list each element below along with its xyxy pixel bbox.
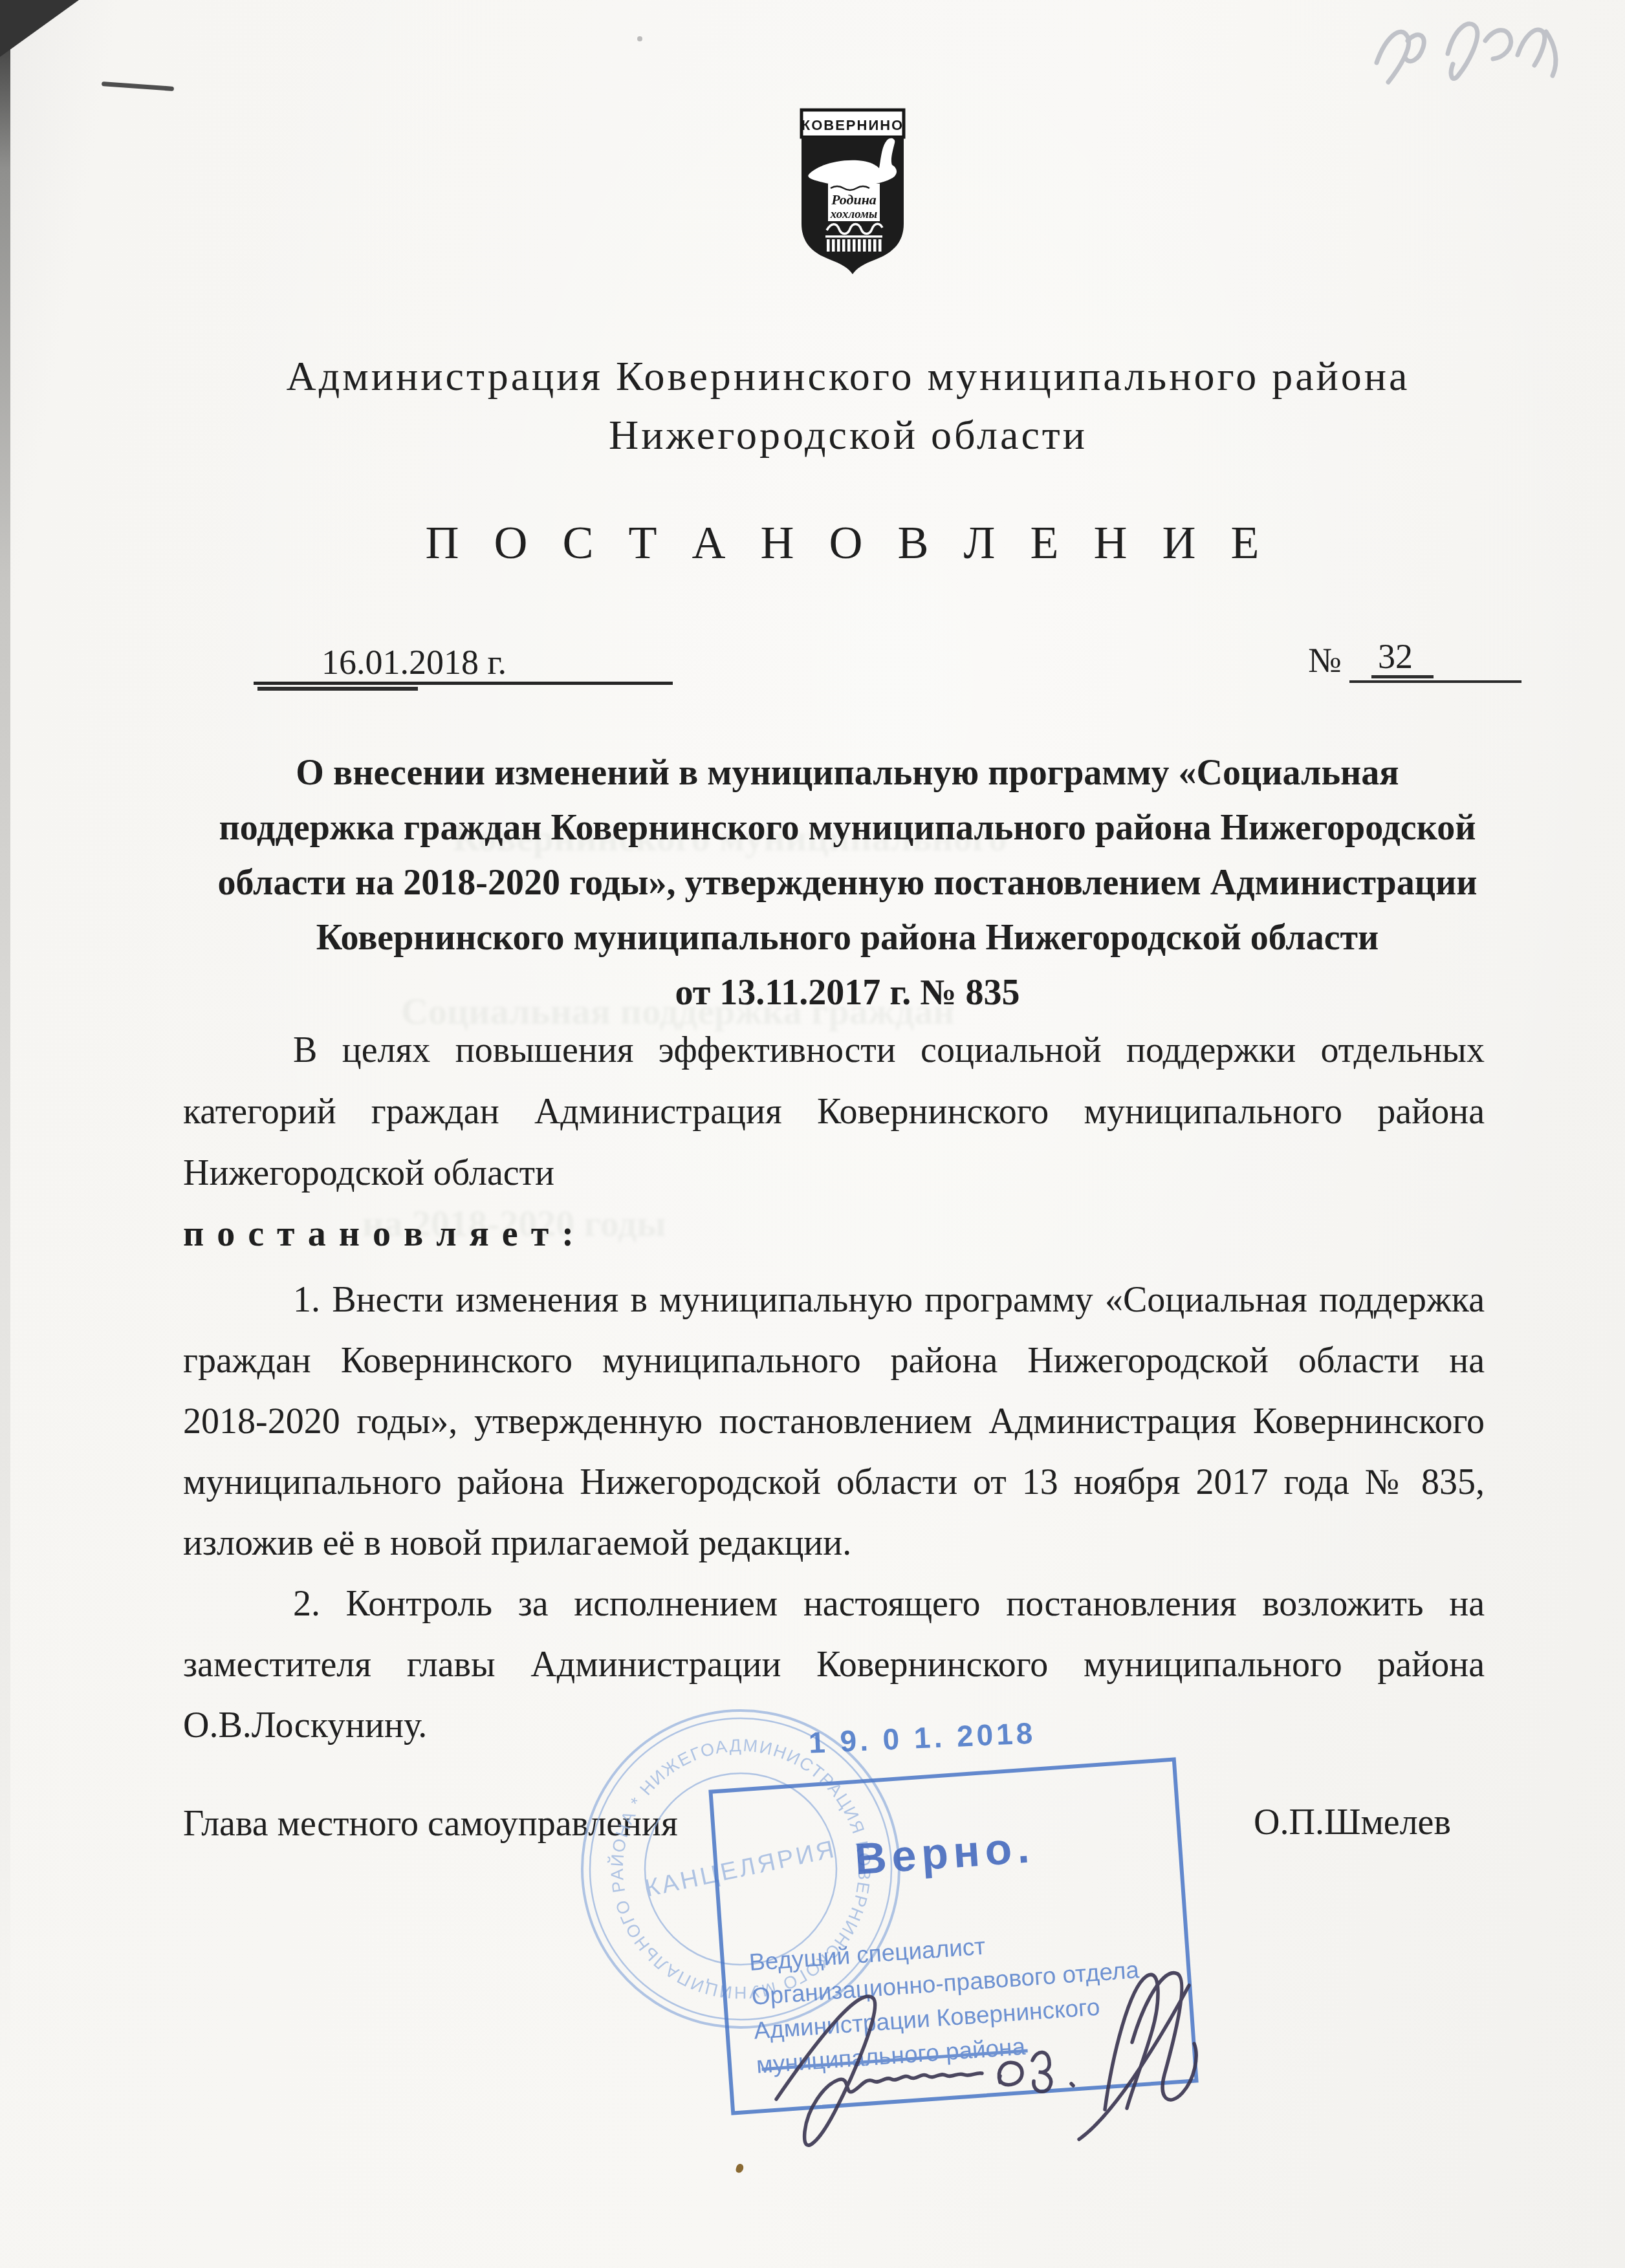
title-line: Ковернинского муниципального района Ниже… (162, 917, 1533, 958)
paragraph1-line: изложив её в новой прилагаемой редакции. (183, 1522, 1485, 1564)
paragraph2-line: заместителя главы Администрации Ковернин… (183, 1644, 1485, 1685)
intro-line: Нижегородской области (183, 1152, 1485, 1194)
koviernino-coat-of-arms: КОВЕРНИНО Родина хохломы (794, 102, 911, 282)
emblem-motto-line1: Родина (831, 191, 877, 208)
title-line: области на 2018-2020 годы», утвержденную… (162, 862, 1533, 903)
paragraph1-line: муниципального района Нижегородской обла… (183, 1462, 1485, 1503)
scan-corner-shadow (0, 0, 79, 57)
pen-dash-mark (102, 81, 174, 91)
org-name-line1: Администрация Ковернинского муниципально… (71, 352, 1625, 400)
date-underline-second (257, 687, 418, 691)
number-underline-second (1371, 675, 1434, 678)
title-line: О внесении изменений в муниципальную про… (162, 752, 1533, 794)
stamp-verno-text: Верно. (853, 1822, 1036, 1885)
date-underline (254, 682, 673, 685)
paragraph1-line: 1. Внести изменения в муниципальную прог… (183, 1279, 1485, 1321)
intro-line: категорий граждан Администрация Ковернин… (183, 1091, 1485, 1132)
resolves-word: п о с т а н о в л я е т : (183, 1213, 574, 1255)
scan-edge-strip (0, 0, 10, 2134)
paragraph1-line: граждан Ковернинского муниципального рай… (183, 1340, 1485, 1381)
title-line: от 13.11.2017 г. № 835 (162, 972, 1533, 1013)
paragraph2-line: 2. Контроль за исполнением настоящего по… (183, 1583, 1485, 1625)
paragraph1-line: 2018-2020 годы», утвержденную постановле… (183, 1401, 1485, 1442)
emblem-town-name: КОВЕРНИНО (802, 117, 904, 133)
signatory-name: О.П.Шмелев (1254, 1802, 1451, 1843)
document-date: 16.01.2018 г. (322, 642, 507, 682)
intro-line: В целях повышения эффективности социальн… (183, 1030, 1485, 1071)
number-sign: № (1308, 640, 1342, 680)
scanned-document-page: Ковернинского муниципального Социальная … (0, 0, 1625, 2268)
title-line: поддержка граждан Ковернинского муниципа… (162, 807, 1533, 848)
emblem-fringe-bar (825, 235, 882, 238)
org-name-line2: Нижегородской области (71, 411, 1625, 459)
document-number: 32 (1378, 636, 1413, 676)
emblem-motto-line2: хохломы (830, 208, 877, 221)
number-underline (1349, 680, 1521, 683)
scan-dust-dot (637, 36, 642, 41)
paper-speck (735, 2163, 744, 2174)
pencil-note-handwriting (1352, 3, 1625, 107)
handwritten-signature (743, 1945, 1198, 2163)
document-type-heading: П О С Т А Н О В Л Е Н И Е (71, 516, 1625, 570)
